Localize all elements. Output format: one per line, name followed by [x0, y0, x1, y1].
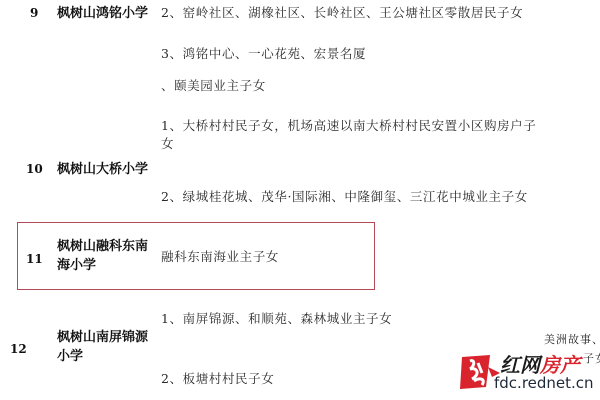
district-item: 1、大桥村村民子女，机场高速以南大桥村村民安置小区购房户子 [161, 117, 536, 135]
district-item: 、颐美园业主子女 [161, 77, 266, 95]
school-name-line2: 海小学 [57, 256, 96, 275]
district-item: 2、板塘村村民子女 [161, 370, 274, 388]
row-number: 12 [10, 342, 27, 356]
rednet-watermark: 红网房产 fdc.rednet.cn [460, 349, 600, 397]
district-item: 1、南屏锦源、和顺苑、森林城业主子女 [161, 310, 392, 328]
rednet-url: fdc.rednet.cn [494, 374, 594, 392]
school-name-line1: 枫树山南屏锦源 [57, 328, 148, 347]
school-name: 枫树山大桥小学 [57, 160, 148, 179]
district-item: 融科东南海业主子女 [161, 248, 279, 266]
school-name-line1: 枫树山融科东南 [57, 237, 148, 256]
district-item: 女 [161, 135, 174, 153]
row-number: 11 [26, 252, 43, 266]
school-name: 枫树山鸿铭小学 [57, 4, 148, 23]
row-number: 9 [30, 6, 38, 20]
district-item: 2、绿城桂花城、茂华·国际湘、中隆御玺、三江花中城业主子女 [161, 188, 528, 206]
row-number: 10 [26, 162, 43, 176]
district-item: 2、窑岭社区、湖橡社区、长岭社区、王公塘社区零散居民子女 [161, 4, 523, 22]
school-name-line2: 小学 [57, 347, 83, 366]
overlay-text: 美洲故事、 [544, 331, 600, 347]
district-item: 3、鸿铭中心、一心花苑、宏景名厦 [161, 45, 366, 63]
